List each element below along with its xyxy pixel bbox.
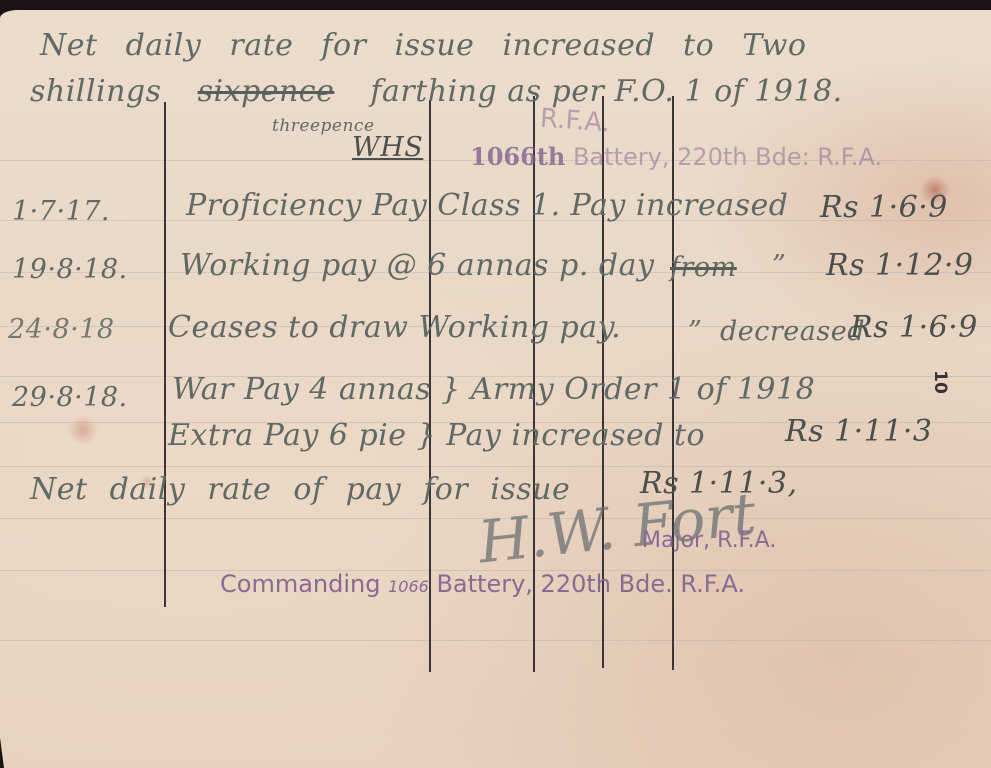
entry-change: decreased: [720, 316, 865, 347]
ditto-mark: ”: [688, 316, 702, 347]
header-note-farthing: farthing as per F.O. 1 of 1918.: [370, 74, 842, 109]
header-note-shillings: shillings: [30, 74, 162, 109]
entry-description: Proficiency Pay Class 1. Pay increased: [186, 188, 788, 223]
ruled-line: [0, 640, 991, 641]
entry-date: 29·8·18.: [12, 382, 128, 413]
entry-amount: Rs 1·6·9: [850, 310, 978, 345]
entry-date: 24·8·18: [8, 314, 115, 345]
entry-amount: Rs 1·11·3: [785, 414, 932, 449]
entry-amount: Rs 1·12·9: [826, 248, 973, 283]
ditto-mark: ”: [772, 250, 786, 281]
command-stamp-unit: 1066: [388, 577, 429, 596]
summary-label: Net daily rate of pay for issue: [30, 472, 570, 507]
faint-overstamp: R.F.A.: [539, 104, 611, 139]
initials: WHS: [352, 132, 423, 163]
rank-stamp: Major, R.F.A.: [642, 528, 776, 553]
entry-description: War Pay 4 annas } Army Order 1 of 1918: [172, 372, 815, 407]
pay-record-card: Net daily rate for issue increased to Tw…: [0, 10, 991, 768]
entry-description: Ceases to draw Working pay.: [168, 310, 621, 345]
column-rule: [164, 102, 166, 607]
command-stamp-suffix: Battery, 220th Bde. R.F.A.: [436, 570, 745, 598]
header-note-line1: Net daily rate for issue increased to Tw…: [40, 28, 806, 63]
unit-stamp-text: Battery, 220th Bde: R.F.A.: [573, 143, 882, 171]
unit-stamp: 1066th Battery, 220th Bde: R.F.A.: [470, 142, 882, 171]
header-note-struck-word: sixpence: [198, 74, 335, 109]
page-number: 10: [930, 370, 950, 394]
entry-date: 1·7·17.: [12, 196, 110, 227]
ink-stain: [68, 415, 98, 445]
entry-continuation: Extra Pay 6 pie } Pay increased to: [168, 418, 705, 453]
command-stamp: Commanding 1066 Battery, 220th Bde. R.F.…: [220, 570, 745, 598]
command-stamp-prefix: Commanding: [220, 570, 380, 598]
unit-stamp-number: 1066th: [470, 142, 565, 171]
ruled-line: [0, 466, 991, 467]
entry-date: 19·8·18.: [12, 254, 128, 285]
entry-amount: Rs 1·6·9: [820, 190, 948, 225]
entry-description: Working pay @ 6 annas p. day: [180, 248, 654, 283]
header-note-line2: shillings sixpence farthing as per F.O. …: [30, 74, 843, 109]
entry-struck-word: from: [670, 252, 737, 283]
